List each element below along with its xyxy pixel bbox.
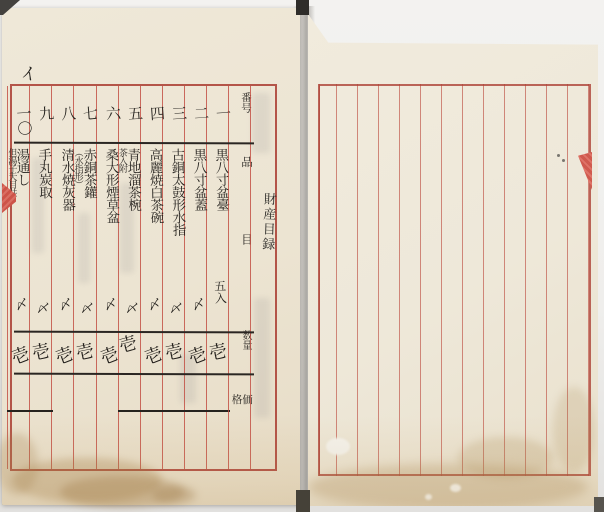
price-dash xyxy=(206,410,230,412)
tally-mark: 〆 xyxy=(29,300,52,315)
column-number: 五 xyxy=(118,105,141,121)
paper-chip xyxy=(326,438,350,455)
margin-index-mark: イ xyxy=(18,59,39,87)
ink-speck xyxy=(557,154,560,157)
price-dash xyxy=(162,410,186,412)
tally-mark: 〆 xyxy=(73,300,96,315)
right-page xyxy=(308,12,598,506)
header-item: 品目 xyxy=(229,156,251,311)
price-dash xyxy=(184,410,208,412)
gutter-dark-bottom xyxy=(296,490,310,512)
column-number: 八 xyxy=(52,105,75,121)
ledger-table: 一黒八寸盆臺五入壱二黒八寸盆蓋〆壱三古銅太鼓形水指〆壱四高麗焼白茶碗〆壱五青地溜… xyxy=(10,84,277,471)
blank-ruled-frame xyxy=(318,84,591,476)
price-dash xyxy=(7,410,31,412)
column-number: 一 xyxy=(207,105,230,121)
tally-mark: 〆 xyxy=(118,300,141,315)
tally-mark: 〆 xyxy=(162,300,185,315)
water-stain xyxy=(458,437,553,479)
water-stain xyxy=(308,464,588,510)
header-price: 価格 xyxy=(229,374,251,469)
column-number: 四 xyxy=(140,105,163,121)
column-number: 三 xyxy=(162,105,185,121)
column-number: 六 xyxy=(96,105,119,121)
left-page: イ 一黒八寸盆臺五入壱二黒八寸盆蓋〆壱三古銅太鼓形水指〆壱四高麗焼白茶碗〆壱五青… xyxy=(2,8,300,505)
document-title: 財産目録 xyxy=(250,192,276,253)
header-number: 番号 xyxy=(229,92,251,113)
column-number: 二 xyxy=(184,105,207,121)
price-dash xyxy=(29,410,53,412)
price-dash xyxy=(118,410,142,412)
tally-mark: 五入 xyxy=(206,279,229,304)
water-stain xyxy=(553,387,595,472)
paper-chip xyxy=(425,494,432,500)
column-number: 一〇 xyxy=(7,105,31,136)
column-number: 七 xyxy=(74,105,97,121)
ink-speck xyxy=(562,159,565,162)
column-number: 九 xyxy=(30,105,53,121)
paper-chip xyxy=(450,484,461,492)
price-dash xyxy=(140,410,164,412)
photo-of-open-ledger: イ 一黒八寸盆臺五入壱二黒八寸盆蓋〆壱三古銅太鼓形水指〆壱四高麗焼白茶碗〆壱五青… xyxy=(0,0,604,512)
photo-corner xyxy=(594,497,604,512)
gutter-dark-top xyxy=(296,0,309,15)
water-stain xyxy=(152,486,196,504)
